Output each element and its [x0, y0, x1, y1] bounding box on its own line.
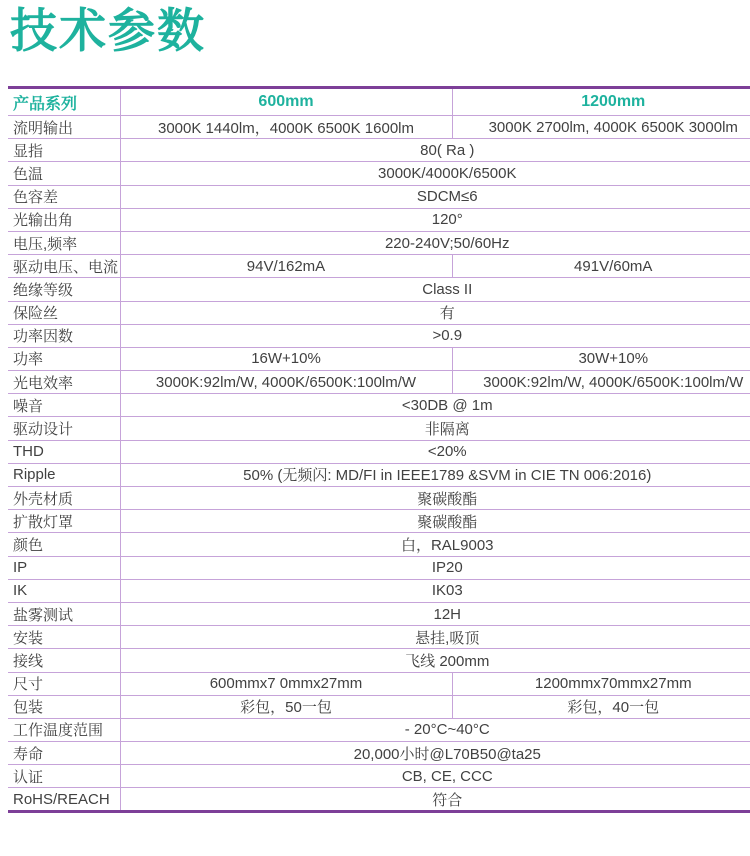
row-value-600mm: 彩包，50一包 [120, 695, 452, 718]
row-value-span: >0.9 [120, 324, 750, 347]
table-row: 保险丝有 [8, 301, 750, 324]
row-value-span: 120° [120, 208, 750, 231]
row-value-600mm: 3000K 1440lm，4000K 6500K 1600lm [120, 116, 452, 139]
table-row: 驱动设计非隔离 [8, 417, 750, 440]
table-row: 色温3000K/4000K/6500K [8, 162, 750, 185]
table-row: 噪音<30DB @ 1m [8, 394, 750, 417]
row-value-span: IK03 [120, 579, 750, 602]
row-value-1200mm: 3000K:92lm/W, 4000K/6500K:100lm/W [452, 371, 750, 394]
row-value-span: 3000K/4000K/6500K [120, 162, 750, 185]
row-value-600mm: 94V/162mA [120, 255, 452, 278]
row-value-span: 50% (无频闪: MD/FI in IEEE1789 &SVM in CIE … [120, 463, 750, 486]
row-label: 功率 [8, 347, 120, 370]
row-value-span: 白，RAL9003 [120, 533, 750, 556]
row-value-span: <30DB @ 1m [120, 394, 750, 417]
row-value-1200mm: 30W+10% [452, 347, 750, 370]
row-label: 色温 [8, 162, 120, 185]
row-label: 认证 [8, 765, 120, 788]
row-label: 光输出角 [8, 208, 120, 231]
table-row: RoHS/REACH符合 [8, 788, 750, 811]
row-label: 功率因数 [8, 324, 120, 347]
row-value-600mm: 16W+10% [120, 347, 452, 370]
table-row: 光电效率3000K:92lm/W, 4000K/6500K:100lm/W300… [8, 371, 750, 394]
row-label: THD [8, 440, 120, 463]
table-row: THD<20% [8, 440, 750, 463]
row-value-span: IP20 [120, 556, 750, 579]
table-row: 认证CB, CE, CCC [8, 765, 750, 788]
row-label: 驱动设计 [8, 417, 120, 440]
row-label: 工作温度范围 [8, 718, 120, 741]
row-label: IK [8, 579, 120, 602]
table-row: 电压,频率220-240V;50/60Hz [8, 231, 750, 254]
table-row: 绝缘等级Class II [8, 278, 750, 301]
table-row: 包装彩包，50一包彩包，40一包 [8, 695, 750, 718]
row-value-600mm: 600mmx7 0mmx27mm [120, 672, 452, 695]
row-label: RoHS/REACH [8, 788, 120, 811]
row-label: 外壳材质 [8, 487, 120, 510]
row-label: 光电效率 [8, 371, 120, 394]
row-label: 安装 [8, 626, 120, 649]
row-label: 盐雾测试 [8, 602, 120, 625]
row-value-span: - 20°C~40°C [120, 718, 750, 741]
row-value-1200mm: 491V/60mA [452, 255, 750, 278]
row-value-span: <20% [120, 440, 750, 463]
row-value-span: CB, CE, CCC [120, 765, 750, 788]
table-row: 接线飞线 200mm [8, 649, 750, 672]
row-label: 寿命 [8, 742, 120, 765]
row-value-span: 20,000小时@L70B50@ta25 [120, 742, 750, 765]
row-label: 尺寸 [8, 672, 120, 695]
row-value-1200mm: 彩包，40一包 [452, 695, 750, 718]
table-row: 色容差SDCM≤6 [8, 185, 750, 208]
row-label: 流明输出 [8, 116, 120, 139]
table-row: 外壳材质聚碳酸酯 [8, 487, 750, 510]
row-value-span: 悬挂,吸顶 [120, 626, 750, 649]
row-label: 色容差 [8, 185, 120, 208]
row-value-span: 220-240V;50/60Hz [120, 231, 750, 254]
table-row: Ripple50% (无频闪: MD/FI in IEEE1789 &SVM i… [8, 463, 750, 486]
header-600mm: 600mm [120, 88, 452, 116]
table-row: 盐雾测试12H [8, 602, 750, 625]
table-row: 光输出角120° [8, 208, 750, 231]
table-row: 扩散灯罩聚碳酸酯 [8, 510, 750, 533]
table-row: IPIP20 [8, 556, 750, 579]
table-row: 颜色白，RAL9003 [8, 533, 750, 556]
row-label: 电压,频率 [8, 231, 120, 254]
row-value-span: 聚碳酸酯 [120, 487, 750, 510]
header-1200mm: 1200mm [452, 88, 750, 116]
row-label: 驱动电压、电流 [8, 255, 120, 278]
table-header-row: 产品系列 600mm 1200mm [8, 88, 750, 116]
row-value-1200mm: 3000K 2700lm, 4000K 6500K 3000lm [452, 116, 750, 139]
table-row: IKIK03 [8, 579, 750, 602]
table-row: 安装悬挂,吸顶 [8, 626, 750, 649]
row-label: 保险丝 [8, 301, 120, 324]
row-label: 噪音 [8, 394, 120, 417]
row-label: 显指 [8, 139, 120, 162]
table-row: 功率16W+10%30W+10% [8, 347, 750, 370]
table-row: 流明输出3000K 1440lm，4000K 6500K 1600lm3000K… [8, 116, 750, 139]
row-value-span: 符合 [120, 788, 750, 811]
row-label: 接线 [8, 649, 120, 672]
row-label: 颜色 [8, 533, 120, 556]
row-label: IP [8, 556, 120, 579]
row-value-1200mm: 1200mmx70mmx27mm [452, 672, 750, 695]
page-title: 技术参数 [10, 2, 206, 61]
row-value-span: 聚碳酸酯 [120, 510, 750, 533]
header-product-series: 产品系列 [8, 88, 120, 116]
row-label: 绝缘等级 [8, 278, 120, 301]
spec-table: 产品系列 600mm 1200mm 流明输出3000K 1440lm，4000K… [8, 86, 750, 813]
row-value-span: Class II [120, 278, 750, 301]
table-row: 驱动电压、电流94V/162mA491V/60mA [8, 255, 750, 278]
row-label: Ripple [8, 463, 120, 486]
table-row: 显指80( Ra ) [8, 139, 750, 162]
row-label: 扩散灯罩 [8, 510, 120, 533]
row-value-span: SDCM≤6 [120, 185, 750, 208]
table-row: 工作温度范围- 20°C~40°C [8, 718, 750, 741]
row-value-span: 12H [120, 602, 750, 625]
row-value-span: 80( Ra ) [120, 139, 750, 162]
table-row: 寿命20,000小时@L70B50@ta25 [8, 742, 750, 765]
spec-table-body: 流明输出3000K 1440lm，4000K 6500K 1600lm3000K… [8, 116, 750, 812]
row-value-span: 有 [120, 301, 750, 324]
table-row: 功率因数>0.9 [8, 324, 750, 347]
row-value-span: 飞线 200mm [120, 649, 750, 672]
row-label: 包装 [8, 695, 120, 718]
row-value-600mm: 3000K:92lm/W, 4000K/6500K:100lm/W [120, 371, 452, 394]
row-value-span: 非隔离 [120, 417, 750, 440]
table-row: 尺寸600mmx7 0mmx27mm1200mmx70mmx27mm [8, 672, 750, 695]
